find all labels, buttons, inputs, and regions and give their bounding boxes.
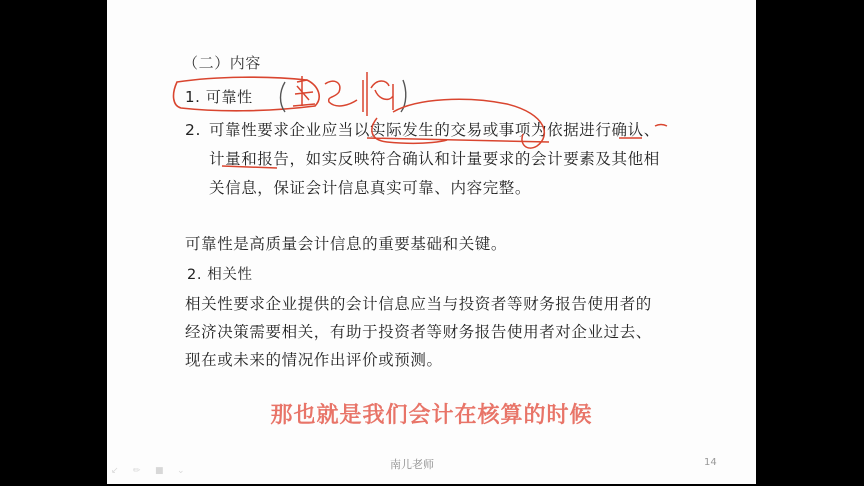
slide-page-number: 14 <box>704 457 717 468</box>
arrow-icon[interactable]: ↙ <box>111 466 123 476</box>
slides-icon[interactable]: ■ <box>155 466 167 476</box>
video-subtitle: 那也就是我们会计在核算的时候 <box>107 398 756 429</box>
relevance-line-2: 经济决策需要相关，有助于投资者等财务报告使用者对企业过去、 <box>185 318 652 346</box>
paragraph-line-1: 可靠性要求企业应当以实际发生的交易或事项为依据进行确认、 <box>209 121 660 139</box>
relevance-line-1: 相关性要求企业提供的会计信息应当与投资者等财务报告使用者的 <box>185 290 652 318</box>
paragraph-number: 2. <box>185 116 209 145</box>
slideshow-toolbar: ↙ ✏ ■ ⌄ <box>111 466 189 476</box>
presentation-slide: （二）内容 1. 可靠性 2.可靠性要求企业应当以实际发生的交易或事项为依据进行… <box>107 0 756 484</box>
relevance-paragraph: 相关性要求企业提供的会计信息应当与投资者等财务报告使用者的 经济决策需要相关，有… <box>185 290 652 374</box>
paragraph-line-2: 计量和报告，如实反映符合确认和计量要求的会计要素及其他相 <box>185 145 660 174</box>
pen-icon[interactable]: ✏ <box>133 466 145 476</box>
section-heading: （二）内容 <box>183 52 261 73</box>
menu-icon[interactable]: ⌄ <box>177 466 189 476</box>
key-statement: 可靠性是高质量会计信息的重要基础和关键。 <box>185 232 507 254</box>
relevance-line-3: 现在或未来的情况作出评价或预测。 <box>185 346 652 374</box>
item-reliability-heading: 1. 可靠性 <box>185 86 253 107</box>
footer-author: 南儿老师 <box>390 456 434 472</box>
item-relevance-heading: 2. 相关性 <box>187 263 253 284</box>
reliability-paragraph: 2.可靠性要求企业应当以实际发生的交易或事项为依据进行确认、 计量和报告，如实反… <box>185 116 660 203</box>
paragraph-line-3: 关信息，保证会计信息真实可靠、内容完整。 <box>185 174 660 203</box>
